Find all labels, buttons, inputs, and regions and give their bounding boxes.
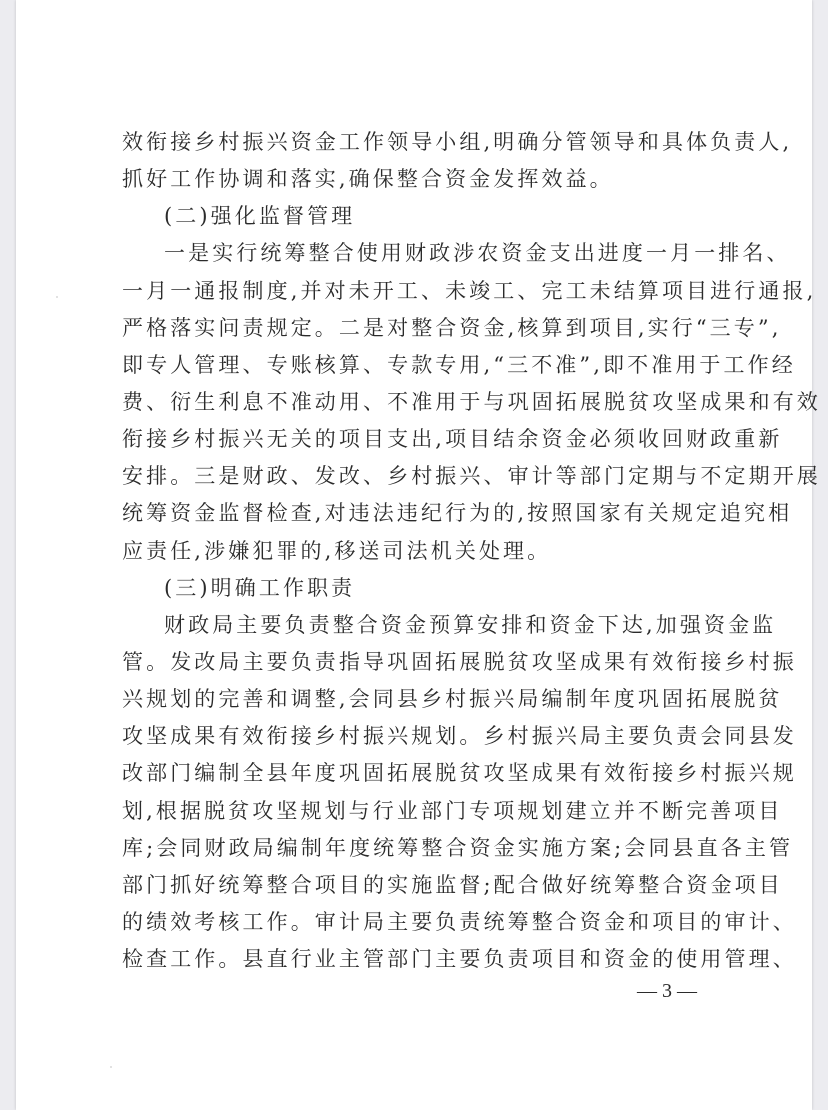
section-heading: (二)强化监督管理 — [122, 198, 712, 235]
text-line: 一月一通报制度,并对未开工、未竣工、完工未结算项目进行通报, — [122, 273, 712, 310]
text-line: 效衔接乡村振兴资金工作领导小组,明确分管领导和具体负责人, — [122, 124, 712, 161]
scan-speck — [506, 508, 508, 510]
text-line: 库;会同财政局编制年度统筹整合资金实施方案;会同县直各主管 — [122, 830, 712, 867]
text-line: 部门抓好统筹整合项目的实施监督;配合做好统筹整合资金项目 — [122, 867, 712, 904]
page-number: — 3 — — [622, 980, 712, 1003]
document-page: 效衔接乡村振兴资金工作领导小组,明确分管领导和具体负责人, 抓好工作协调和落实,… — [16, 0, 812, 1110]
scan-speck — [56, 296, 58, 298]
text-line: 改部门编制全县年度巩固拓展脱贫攻坚成果有效衔接乡村振兴规 — [122, 755, 712, 792]
scan-speck — [274, 592, 276, 594]
text-line: 应责任,涉嫌犯罪的,移送司法机关处理。 — [122, 533, 712, 570]
text-line: 检查工作。县直行业主管部门主要负责项目和资金的使用管理、 — [122, 941, 712, 978]
text-line: 统筹资金监督检查,对违法违纪行为的,按照国家有关规定追究相 — [122, 495, 712, 532]
text-line: 的绩效考核工作。审计局主要负责统筹整合资金和项目的审计、 — [122, 904, 712, 941]
text-line: 攻坚成果有效衔接乡村振兴规划。乡村振兴局主要负责会同县发 — [122, 718, 712, 755]
text-line: 费、衍生利息不准动用、不准用于与巩固拓展脱贫攻坚成果和有效 — [122, 384, 712, 421]
text-line: 兴规划的完善和调整,会同县乡村振兴局编制年度巩固拓展脱贫 — [122, 681, 712, 718]
text-line: 严格落实问责规定。二是对整合资金,核算到项目,实行“三专”, — [122, 310, 712, 347]
text-line: 衔接乡村振兴无关的项目支出,项目结余资金必须收回财政重新 — [122, 421, 712, 458]
paragraph-start-line: 财政局主要负责整合资金预算安排和资金下达,加强资金监 — [122, 607, 712, 644]
scan-speck — [110, 1066, 112, 1068]
text-line: 管。发改局主要负责指导巩固拓展脱贫攻坚成果有效衔接乡村振 — [122, 644, 712, 681]
text-line: 抓好工作协调和落实,确保整合资金发挥效益。 — [122, 161, 712, 198]
text-line: 安排。三是财政、发改、乡村振兴、审计等部门定期与不定期开展 — [122, 458, 712, 495]
text-line: 划,根据脱贫攻坚规划与行业部门专项规划建立并不断完善项目 — [122, 793, 712, 830]
document-body: 效衔接乡村振兴资金工作领导小组,明确分管领导和具体负责人, 抓好工作协调和落实,… — [122, 124, 712, 978]
text-line: 即专人管理、专账核算、专款专用,“三不准”,即不准用于工作经 — [122, 347, 712, 384]
section-heading: (三)明确工作职责 — [122, 570, 712, 607]
paragraph-start-line: 一是实行统筹整合使用财政涉农资金支出进度一月一排名、 — [122, 235, 712, 272]
